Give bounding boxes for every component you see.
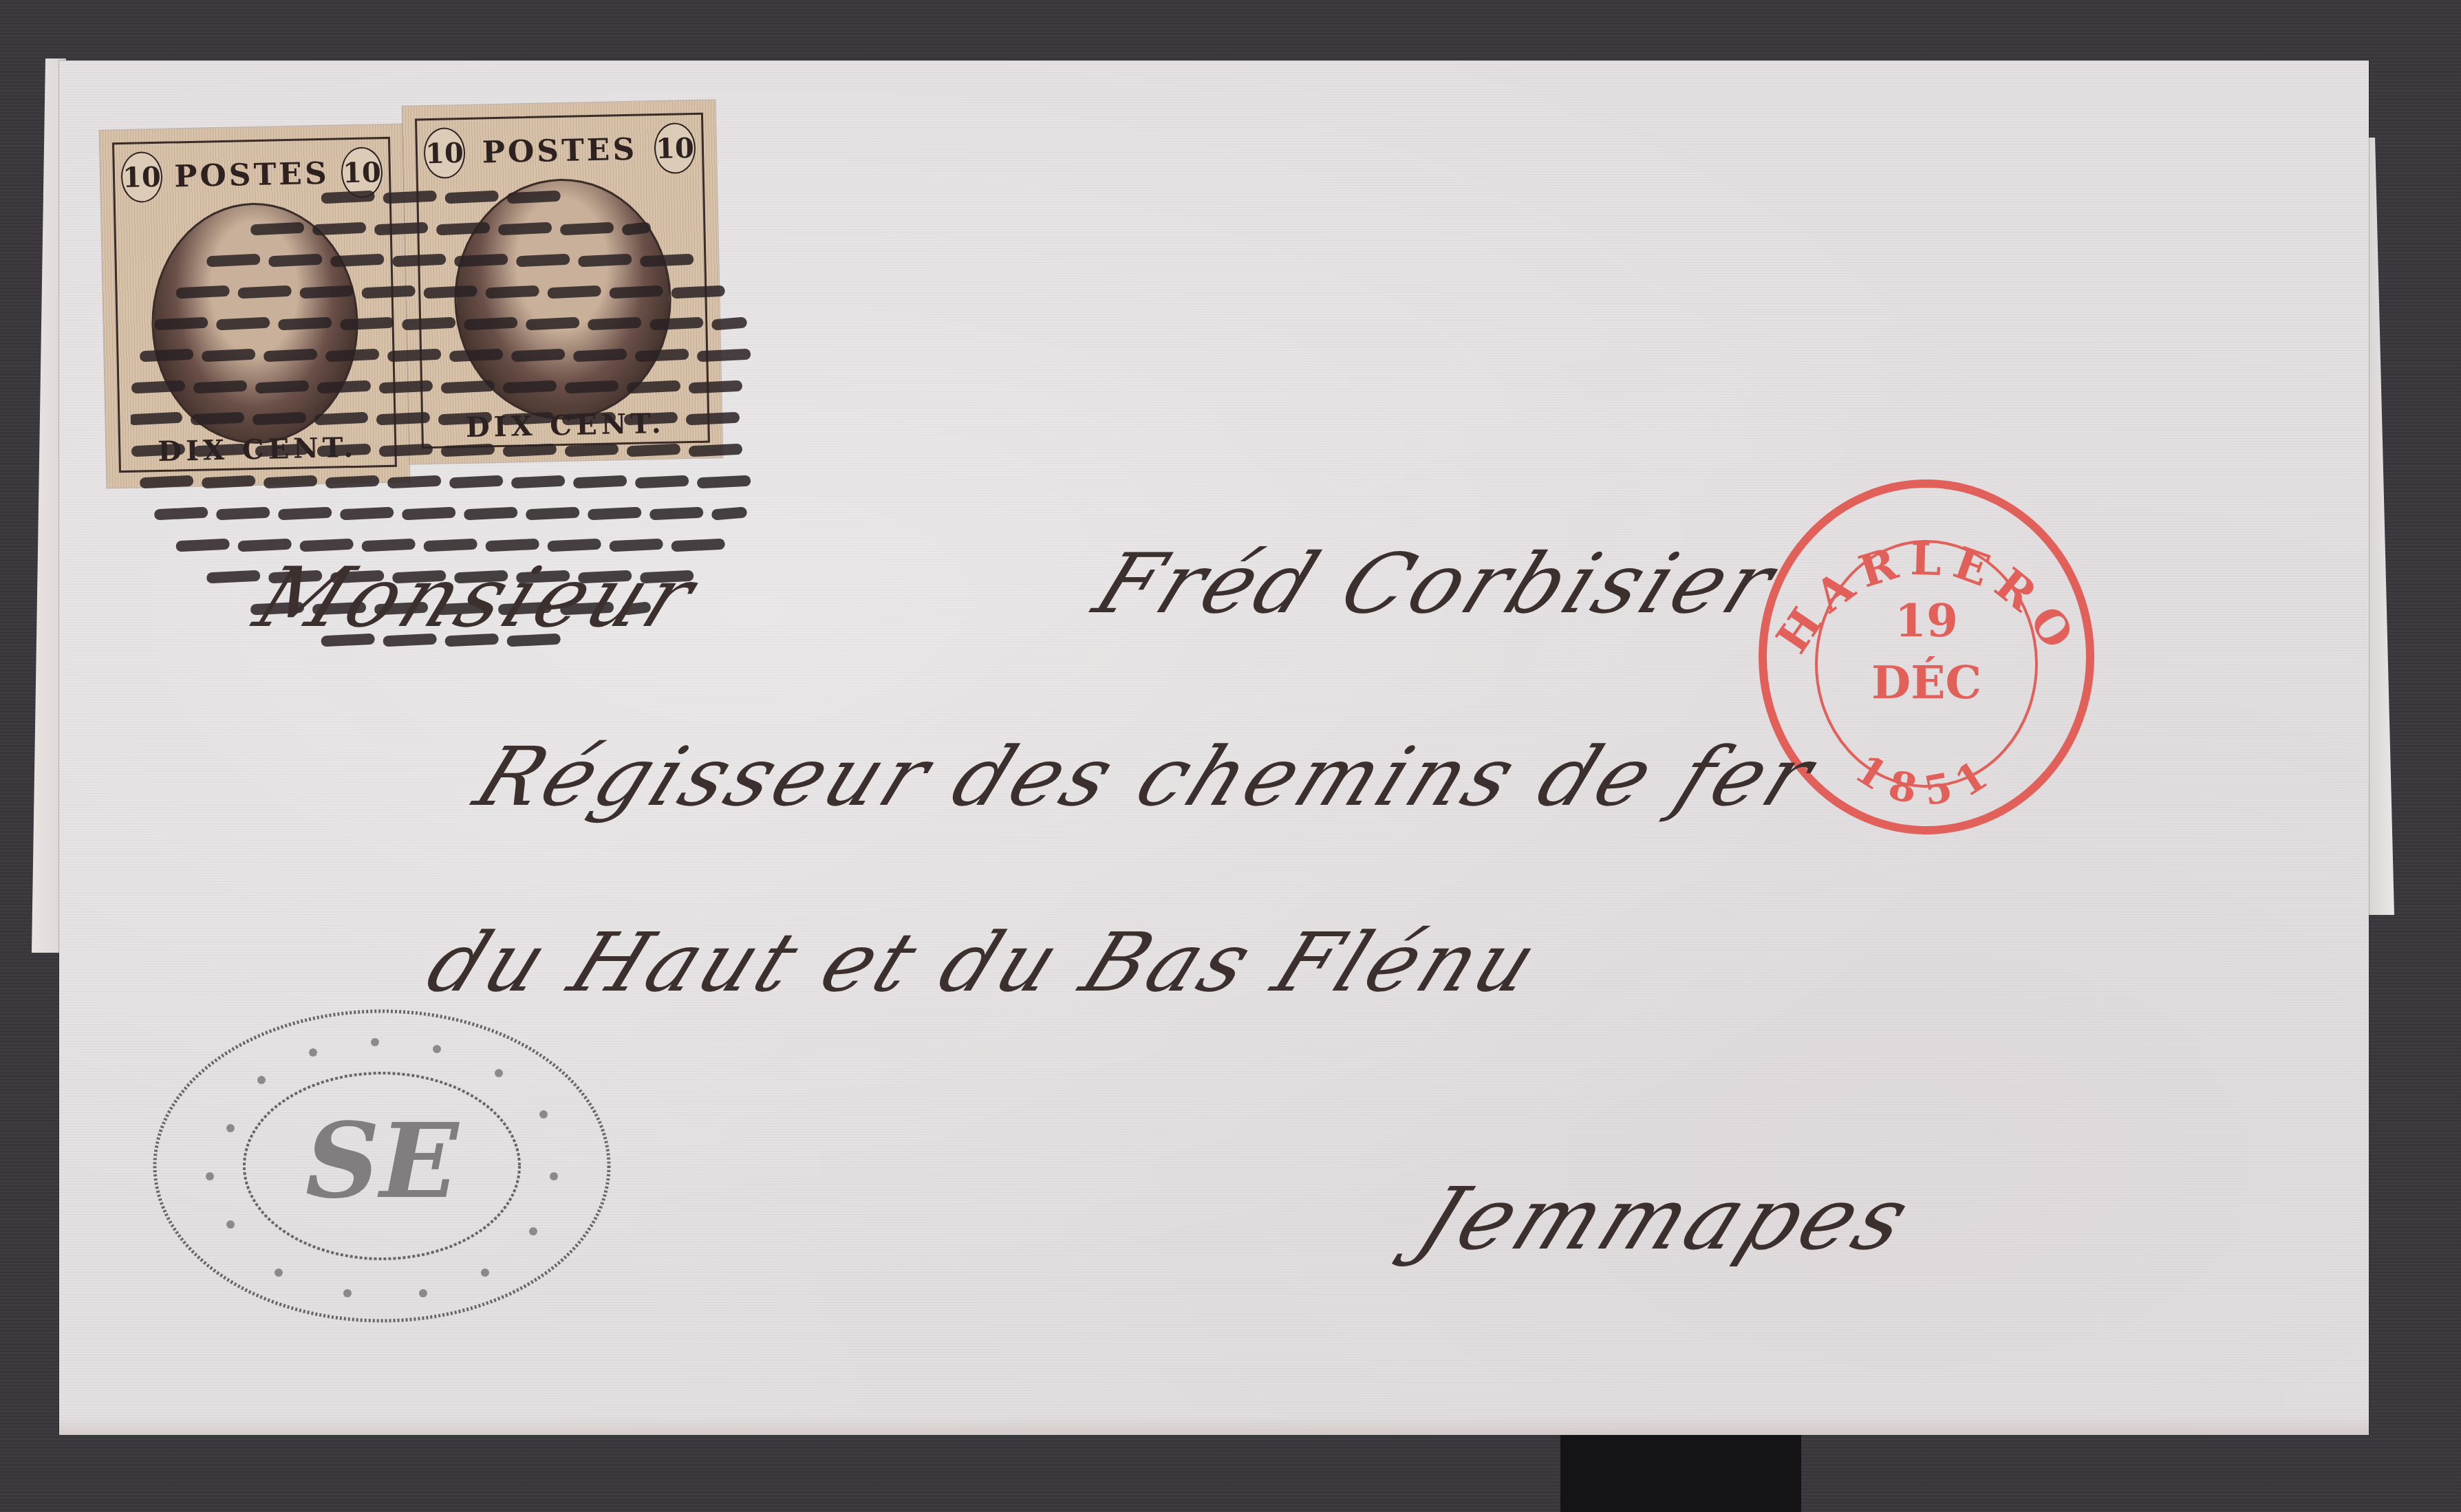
postmark-month: DÉC [1871, 656, 1981, 709]
address-company: du Haut et du Bas Flénu [414, 915, 1554, 1010]
postmark-day: 19 [1895, 594, 1958, 647]
stamp-left: 10 POSTES 10 DIX CENT. [100, 124, 410, 488]
svg-text:1851: 1851 [1847, 745, 2006, 814]
stamp-denomination: DIX CENT. [409, 406, 722, 445]
address-destination: Jemmapes [1404, 1169, 1927, 1269]
stamp-value-right: 10 [654, 122, 696, 174]
stamp-right: 10 POSTES 10 DIX CENT. [402, 100, 723, 464]
right-fold-flap [2367, 138, 2394, 915]
stamp-denomination: DIX CENT. [106, 430, 409, 468]
stamp-value-right: 10 [341, 147, 383, 198]
cachet-monogram: SE [305, 1101, 460, 1222]
sheet-bottom-edge [59, 1416, 2369, 1435]
stamp-header: 10 POSTES 10 [423, 122, 696, 179]
stamp-value-left: 10 [423, 127, 466, 179]
postmark-year: 1851 [1847, 745, 2006, 814]
stamp-value-left: 10 [120, 151, 163, 203]
stamp-header: 10 POSTES 10 [120, 147, 383, 203]
black-mount-tab [1560, 1435, 1801, 1512]
stamp-title: POSTES [482, 131, 637, 170]
address-name: Fréd Corbisier [1082, 537, 1792, 632]
company-cachet: SE [141, 997, 623, 1335]
stamp-title: POSTES [174, 155, 330, 194]
address-title: Régisseur des chemins de fer [462, 729, 1830, 824]
address-salutation: Monsieur [242, 550, 711, 646]
